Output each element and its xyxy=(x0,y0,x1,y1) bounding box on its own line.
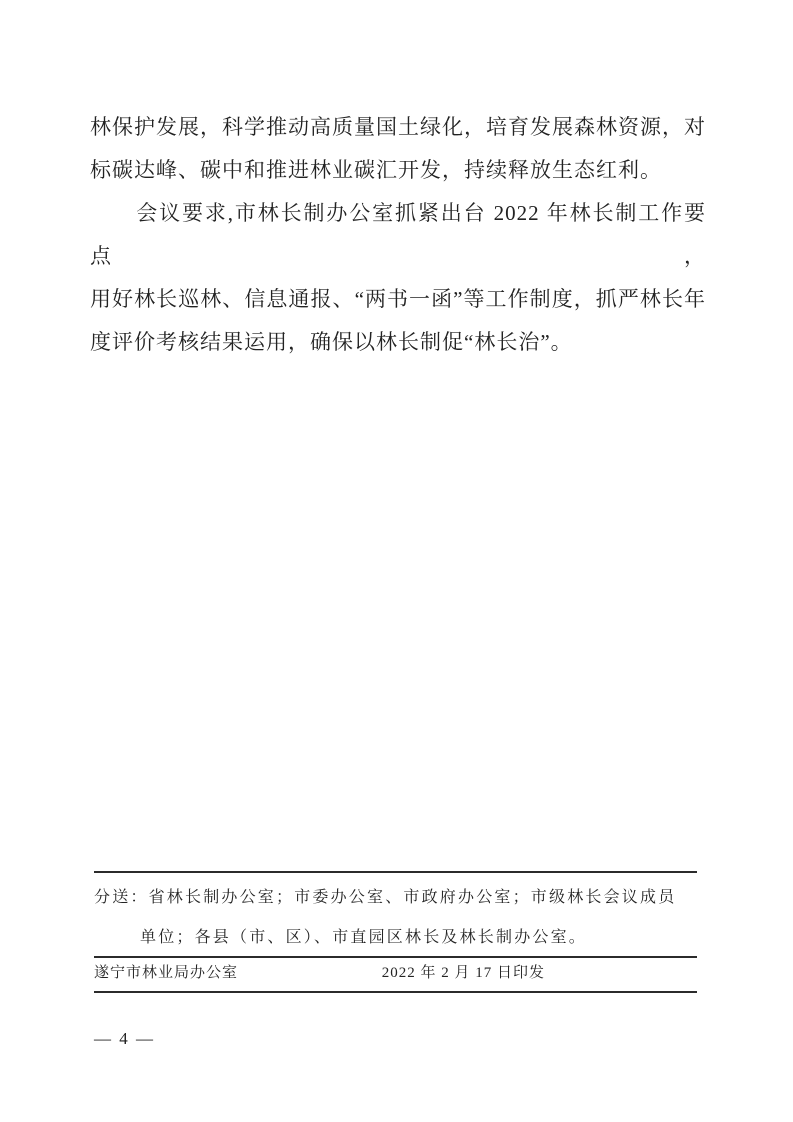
page-number: — 4 — xyxy=(94,1028,155,1050)
body-text-line: 标碳达峰、碳中和推进林业碳汇开发，持续释放生态红利。 xyxy=(90,149,706,192)
document-body: 林保护发展，科学推动高质量国土绿化，培育发展森林资源，对标碳达峰、碳中和推进林业… xyxy=(90,106,706,364)
body-text-line: 度评价考核结果运用，确保以林长制促“林长治”。 xyxy=(90,321,706,364)
print-date: 2022 年 2 月 17 日印发 xyxy=(382,962,545,984)
body-text-line: 会议要求,市林长制办公室抓紧出台 2022 年林长制工作要点， xyxy=(90,192,706,278)
footer-divider-middle xyxy=(94,956,697,958)
issuing-office: 遂宁市林业局办公室 xyxy=(94,962,238,984)
distribution-list-line-2: 单位；各县（市、区）、市直园区林长及林长制办公室。 xyxy=(94,927,750,949)
distribution-list-line-1: 分送：省林长制办公室；市委办公室、市政府办公室；市级林长会议成员 xyxy=(94,887,704,909)
footer-divider-bottom xyxy=(94,991,697,993)
footer-divider-top xyxy=(94,871,697,873)
body-text-line: 用好林长巡林、信息通报、“两书一函”等工作制度，抓严林长年 xyxy=(90,278,706,321)
document-page: 林保护发展，科学推动高质量国土绿化，培育发展森林资源，对标碳达峰、碳中和推进林业… xyxy=(0,0,793,1122)
publication-row: 遂宁市林业局办公室 2022 年 2 月 17 日印发 xyxy=(94,962,697,984)
body-text-line: 林保护发展，科学推动高质量国土绿化，培育发展森林资源，对 xyxy=(90,106,706,149)
